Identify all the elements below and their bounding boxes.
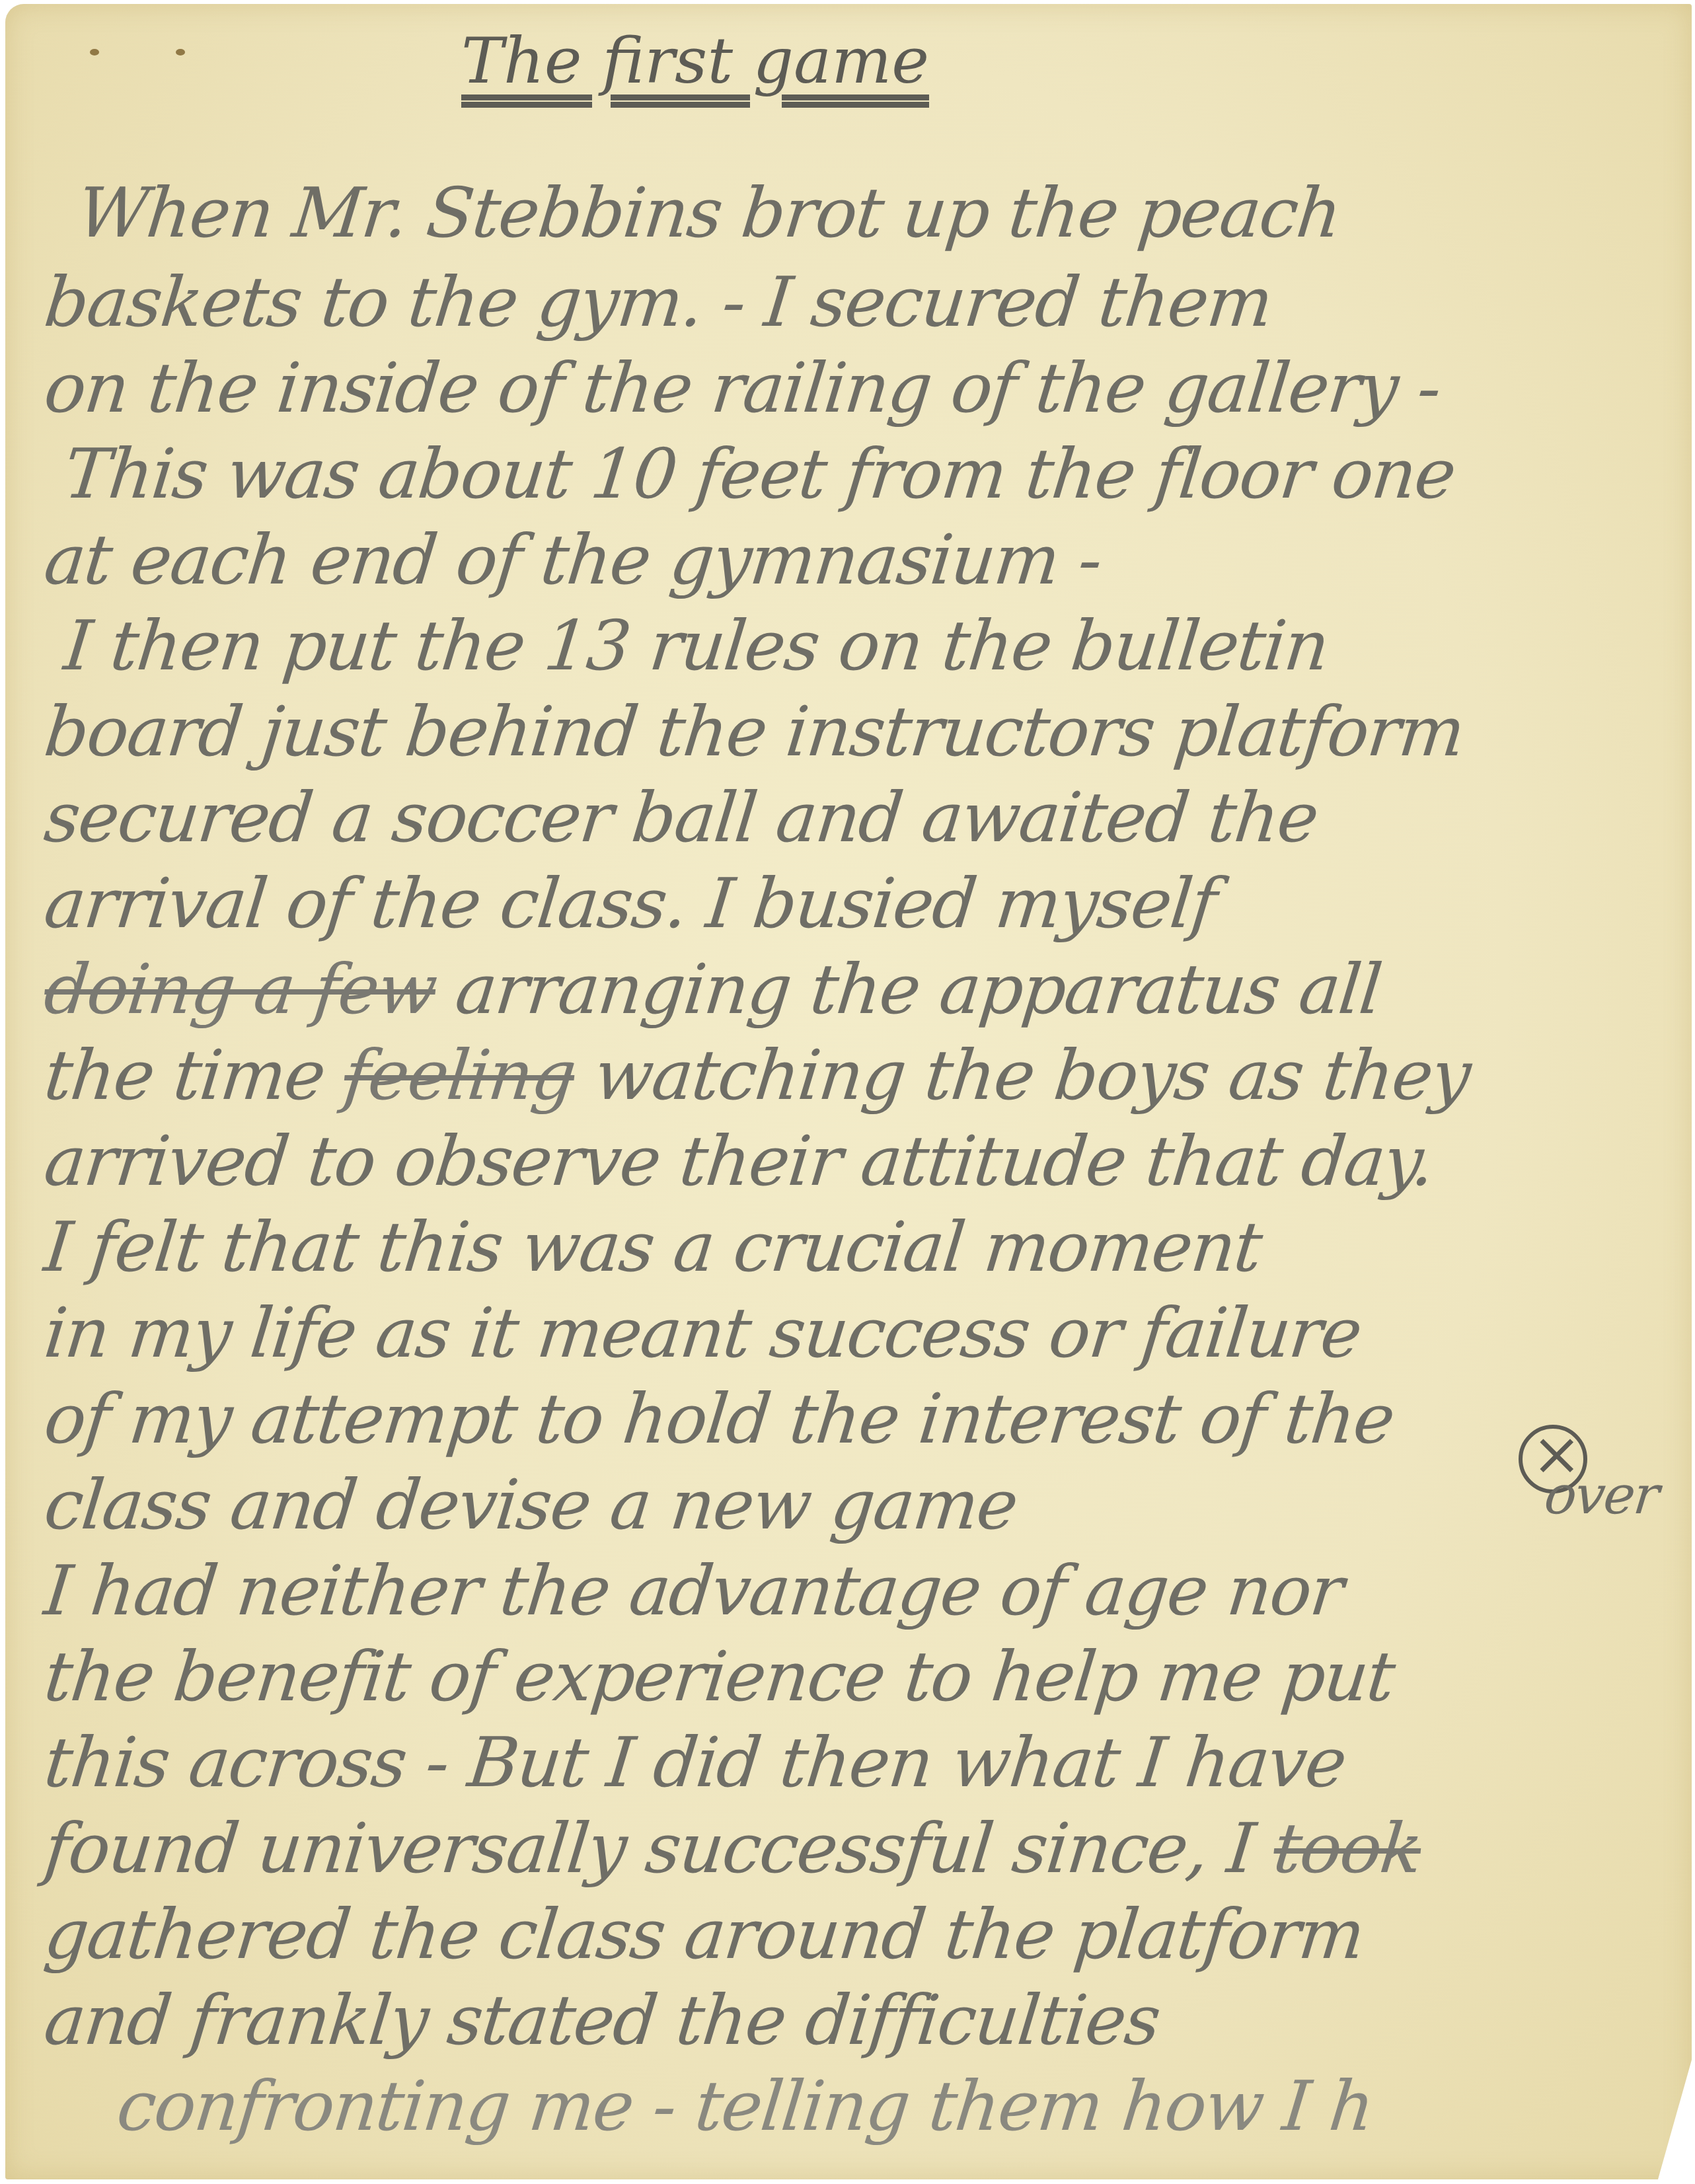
- text-line: this across - But I did then what I have: [41, 1722, 1349, 1803]
- text-line: I felt that this was a crucial moment: [41, 1207, 1265, 1287]
- text-line: doing a few arranging the apparatus all: [41, 949, 1385, 1030]
- text-line: found universally successful since, I to…: [41, 1808, 1425, 1889]
- page-title: The first game: [461, 24, 929, 98]
- text-line: confronting me - telling them how I h: [114, 2066, 1377, 2146]
- manuscript-page: The first game When Mr. Stebbins brot up…: [5, 4, 1692, 2179]
- text-segment: found universally successful since, I: [41, 1808, 1279, 1889]
- text-line: When Mr. Stebbins brot up the peach: [74, 172, 1345, 253]
- text-line: and frankly stated the difficulties: [41, 1980, 1164, 2060]
- text-line: baskets to the gym. - I secured them: [41, 262, 1276, 342]
- text-segment: arranging the apparatus all: [432, 949, 1385, 1030]
- text-line: of my attempt to hold the interest of th…: [41, 1378, 1398, 1459]
- text-line: secured a soccer ball and awaited the: [41, 777, 1322, 858]
- text-segment: watching the boys as they: [570, 1035, 1474, 1115]
- text-line: arrival of the class. I busied myself: [41, 863, 1220, 944]
- text-line: on the inside of the railing of the gall…: [41, 348, 1444, 428]
- text-line: the time feeling watching the boys as th…: [41, 1035, 1474, 1115]
- text-line: I then put the 13 rules on the bulletin: [61, 605, 1332, 686]
- struck-text: doing a few: [41, 949, 440, 1030]
- struck-text: feeling: [340, 1035, 578, 1115]
- struck-text: took: [1270, 1808, 1425, 1889]
- text-segment: the time: [41, 1035, 349, 1115]
- text-line: arrived to observe their attitude that d…: [41, 1121, 1437, 1201]
- text-line: in my life as it meant success or failur…: [41, 1293, 1365, 1373]
- text-line: This was about 10 feet from the floor on…: [61, 433, 1459, 514]
- text-line: the benefit of experience to help me put: [41, 1636, 1398, 1717]
- handwritten-text: The first game When Mr. Stebbins brot up…: [5, 4, 1692, 2179]
- text-line: board just behind the instructors platfo…: [41, 691, 1468, 772]
- text-line: at each end of the gymnasium -: [41, 519, 1106, 600]
- over-annotation: over: [1542, 1464, 1661, 1526]
- text-line: I had neither the advantage of age nor: [41, 1550, 1347, 1631]
- text-line: gathered the class around the platform: [41, 1894, 1368, 1975]
- text-line: class and devise a new game: [41, 1464, 1021, 1545]
